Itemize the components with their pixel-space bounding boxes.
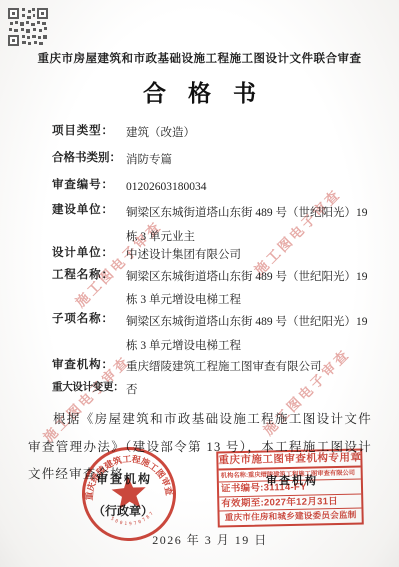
field-value: 01202603180034 (126, 176, 368, 199)
stamp-validity-label: 有效期至: (221, 496, 264, 510)
field-value: 重庆缙陵建筑工程施工图审查有限公司 (126, 356, 368, 379)
stamp-org-value: 重庆缙陵建筑工程施工图审查有限公司 (248, 468, 355, 481)
star-icon (111, 475, 147, 510)
field-value: 否 (126, 379, 368, 402)
seal-serial-number: 5001970787 (109, 509, 157, 529)
field-review-number: 审 查 编 号 ： 01202603180034 (52, 176, 368, 199)
field-label: 工 程 名 称 ： (52, 266, 120, 282)
field-label: 重大设计变更： (52, 379, 120, 394)
certificate-page: 重庆市房屋建筑和市政基础设施工程施工图设计文件联合审查 合格书 施工图电子审查 … (0, 0, 399, 567)
stamp-org-label: 机构名称: (221, 470, 249, 482)
field-design-unit: 设 计 单 位 ： 中述设计集团有限公司 (52, 244, 368, 267)
stamp-footer: 重庆市住房和城乡建设委员会监制 (219, 509, 361, 525)
review-agency-special-stamp: 重庆市施工图审查机构专用章 机构名称: 重庆缙陵建筑工程施工图审查有限公司 证书… (216, 448, 364, 527)
svg-text:5001970787: 5001970787 (109, 509, 157, 529)
issue-date: 2026 年 3 月 19 日 (110, 531, 310, 548)
field-label: 审 查 机 构 ： (52, 356, 120, 372)
field-project-type: 项 目 类 型 ： 建筑（改造） (52, 122, 368, 145)
stamp-cert-value: 31114-FY (264, 481, 307, 495)
field-review-agency: 审 查 机 构 ： 重庆缙陵建筑工程施工图审查有限公司 (52, 356, 368, 379)
field-label: 子 项 名 称 ： (52, 310, 120, 326)
document-title: 重庆市房屋建筑和市政基础设施工程施工图设计文件联合审查 (0, 50, 399, 66)
field-construction-owner: 建 设 单 位 ： 铜梁区东城街道塔山东街 489 号（世纪阳光）19 栋 3 … (52, 201, 368, 249)
field-value: 铜梁区东城街道塔山东街 489 号（世纪阳光）19 栋 3 单元增设电梯工程 (126, 310, 368, 358)
field-label: 项 目 类 型 ： (52, 122, 120, 138)
qr-code-icon (8, 8, 48, 46)
stamp-cert-label: 证书编号: (221, 482, 264, 496)
field-value: 消防专篇 (126, 149, 368, 172)
field-label: 建 设 单 位 ： (52, 201, 120, 217)
field-label: 设 计 单 位 ： (52, 244, 120, 260)
field-major-design-change: 重大设计变更： 否 (52, 379, 368, 402)
field-value: 铜梁区东城街道塔山东街 489 号（世纪阳光）19 栋 3 单元业主 (126, 201, 368, 249)
field-certificate-category: 合格书类别： 消防专篇 (52, 149, 368, 172)
field-subitem-name: 子 项 名 称 ： 铜梁区东城街道塔山东街 489 号（世纪阳光）19 栋 3 … (52, 310, 368, 358)
field-label: 审 查 编 号 ： (52, 176, 120, 192)
field-value: 铜梁区东城街道塔山东街 489 号（世纪阳光）19 栋 3 单元增设电梯工程 (126, 266, 368, 311)
field-project-name: 工 程 名 称 ： 铜梁区东城街道塔山东街 489 号（世纪阳光）19 栋 3 … (52, 266, 368, 311)
field-value: 建筑（改造） (126, 122, 368, 145)
field-value: 中述设计集团有限公司 (126, 244, 368, 267)
stamp-validity-value: 2027年12月31日 (264, 494, 338, 509)
certificate-heading: 合格书 (0, 75, 399, 108)
field-label: 合格书类别： (52, 149, 120, 165)
